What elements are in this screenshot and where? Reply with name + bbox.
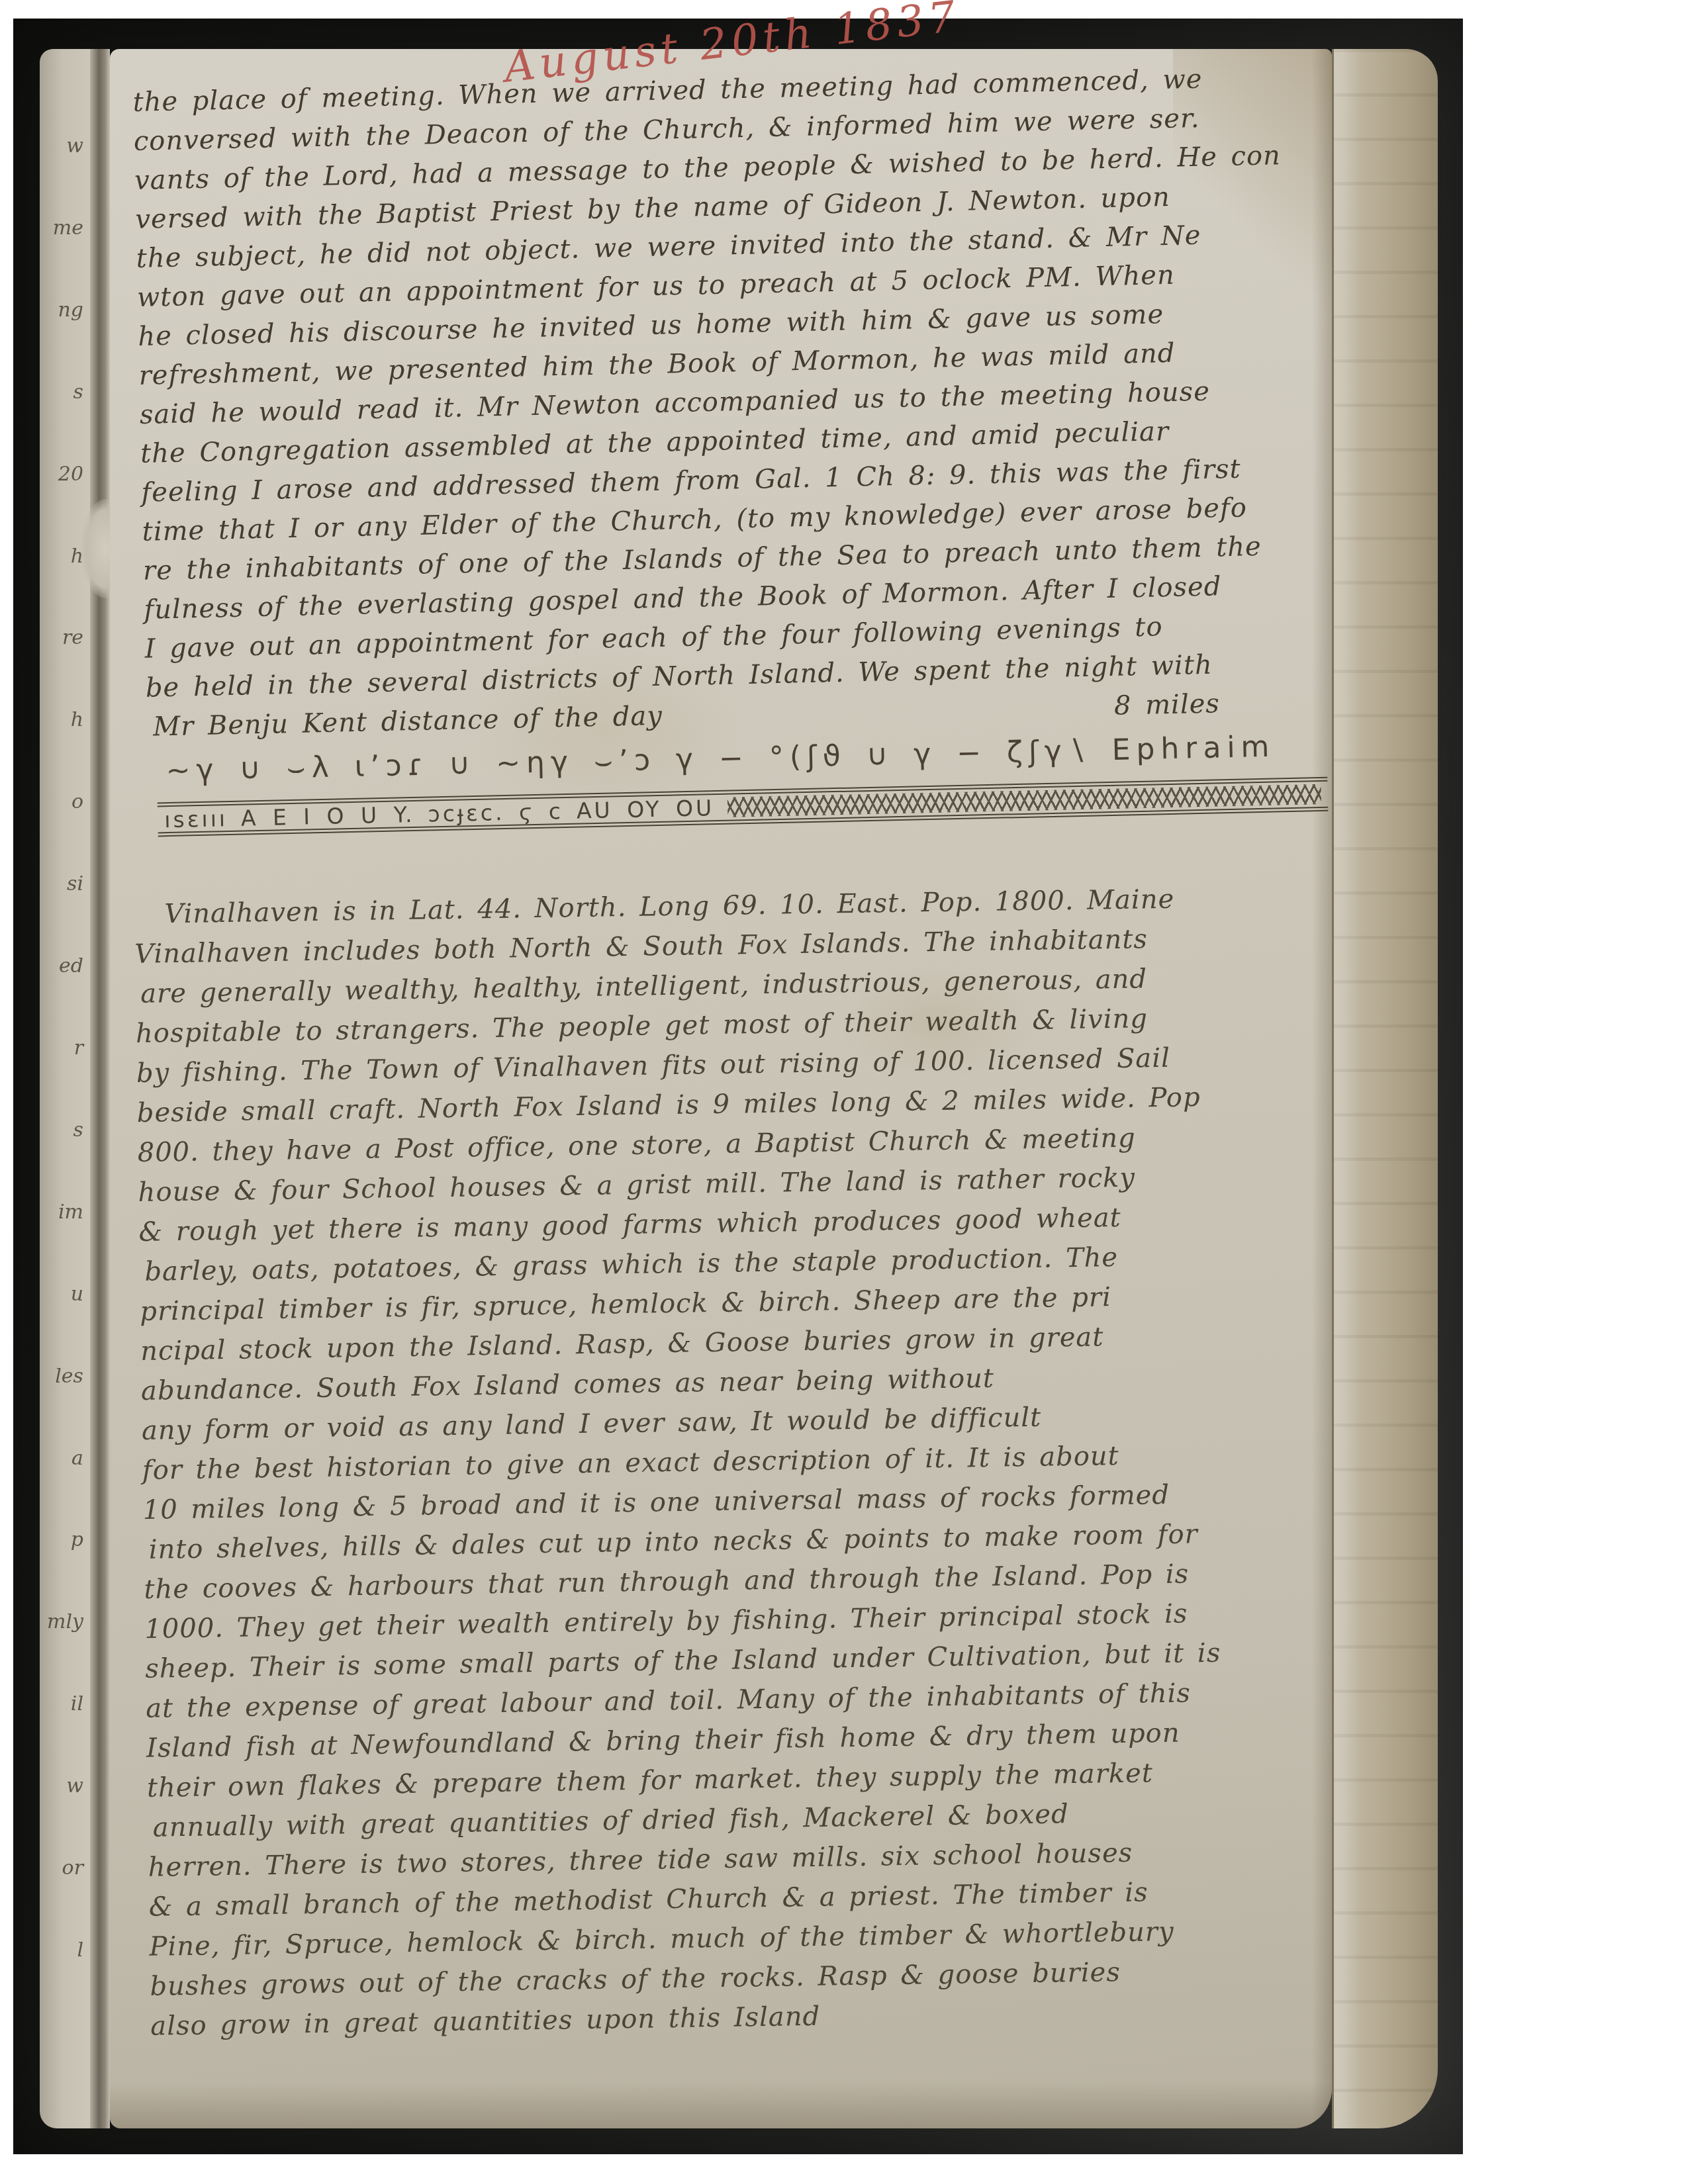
margin-fragment: il [71,1693,83,1715]
island-description-text: Vinalhaven is in Lat. 44. North. Long 69… [134,877,1332,2046]
margin-fragment: w [66,1775,83,1797]
entry-footer-distance: 8 miles [1113,684,1220,725]
margin-fragment: s [73,1119,83,1142]
page-edges [1332,49,1438,2128]
entry-lines: the place of meeting. When we arrived th… [132,58,1331,708]
margin-fragment: u [71,1283,83,1306]
margin-fragment: s [73,381,83,404]
divider-phonetic: ɔϲɟɛϲ. ϛ ϲ [428,792,564,833]
margin-fragment: p [71,1529,83,1551]
margin-fragment: ng [58,299,83,322]
margin-fragment: or [62,1857,83,1880]
open-book: wmengs20hrehosiedrsimulesapmlyilworl the… [40,49,1438,2128]
book-gutter [90,49,110,2128]
divider-vowels: A E I O U Y. [240,794,415,837]
page-bottom-shade [110,2082,1332,2128]
journal-page: the place of meeting. When we arrived th… [110,49,1332,2128]
journal-entry-text: the place of meeting. When we arrived th… [132,58,1332,837]
margin-fragment: a [71,1447,83,1470]
margin-fragment: me [53,217,83,240]
margin-fragment: im [58,1201,83,1224]
margin-fragment: si [67,873,83,895]
margin-fragment: mly [47,1611,83,1633]
zigzag-ornament [727,784,1321,817]
divider-digraphs: AU OY OU [576,788,714,831]
facing-page-fragments: wmengs20hrehosiedrsimulesapmlyilworl [40,135,83,1962]
margin-fragment: re [62,627,83,649]
divider-scribble: ısɛııı [164,799,228,839]
margin-fragment: h [71,709,83,731]
manuscript-photo: August 20th 1837 wmengs20hrehosiedrsimul… [13,19,1463,2154]
margin-fragment: w [66,135,83,158]
margin-fragment: o [71,791,83,813]
margin-fragment: ed [59,955,83,978]
margin-fragment: les [55,1365,83,1388]
facing-page-edge: wmengs20hrehosiedrsimulesapmlyilworl [40,49,90,2128]
margin-fragment: l [77,1939,83,1962]
margin-fragment: 20 [58,463,83,486]
margin-fragment: r [74,1037,83,1060]
